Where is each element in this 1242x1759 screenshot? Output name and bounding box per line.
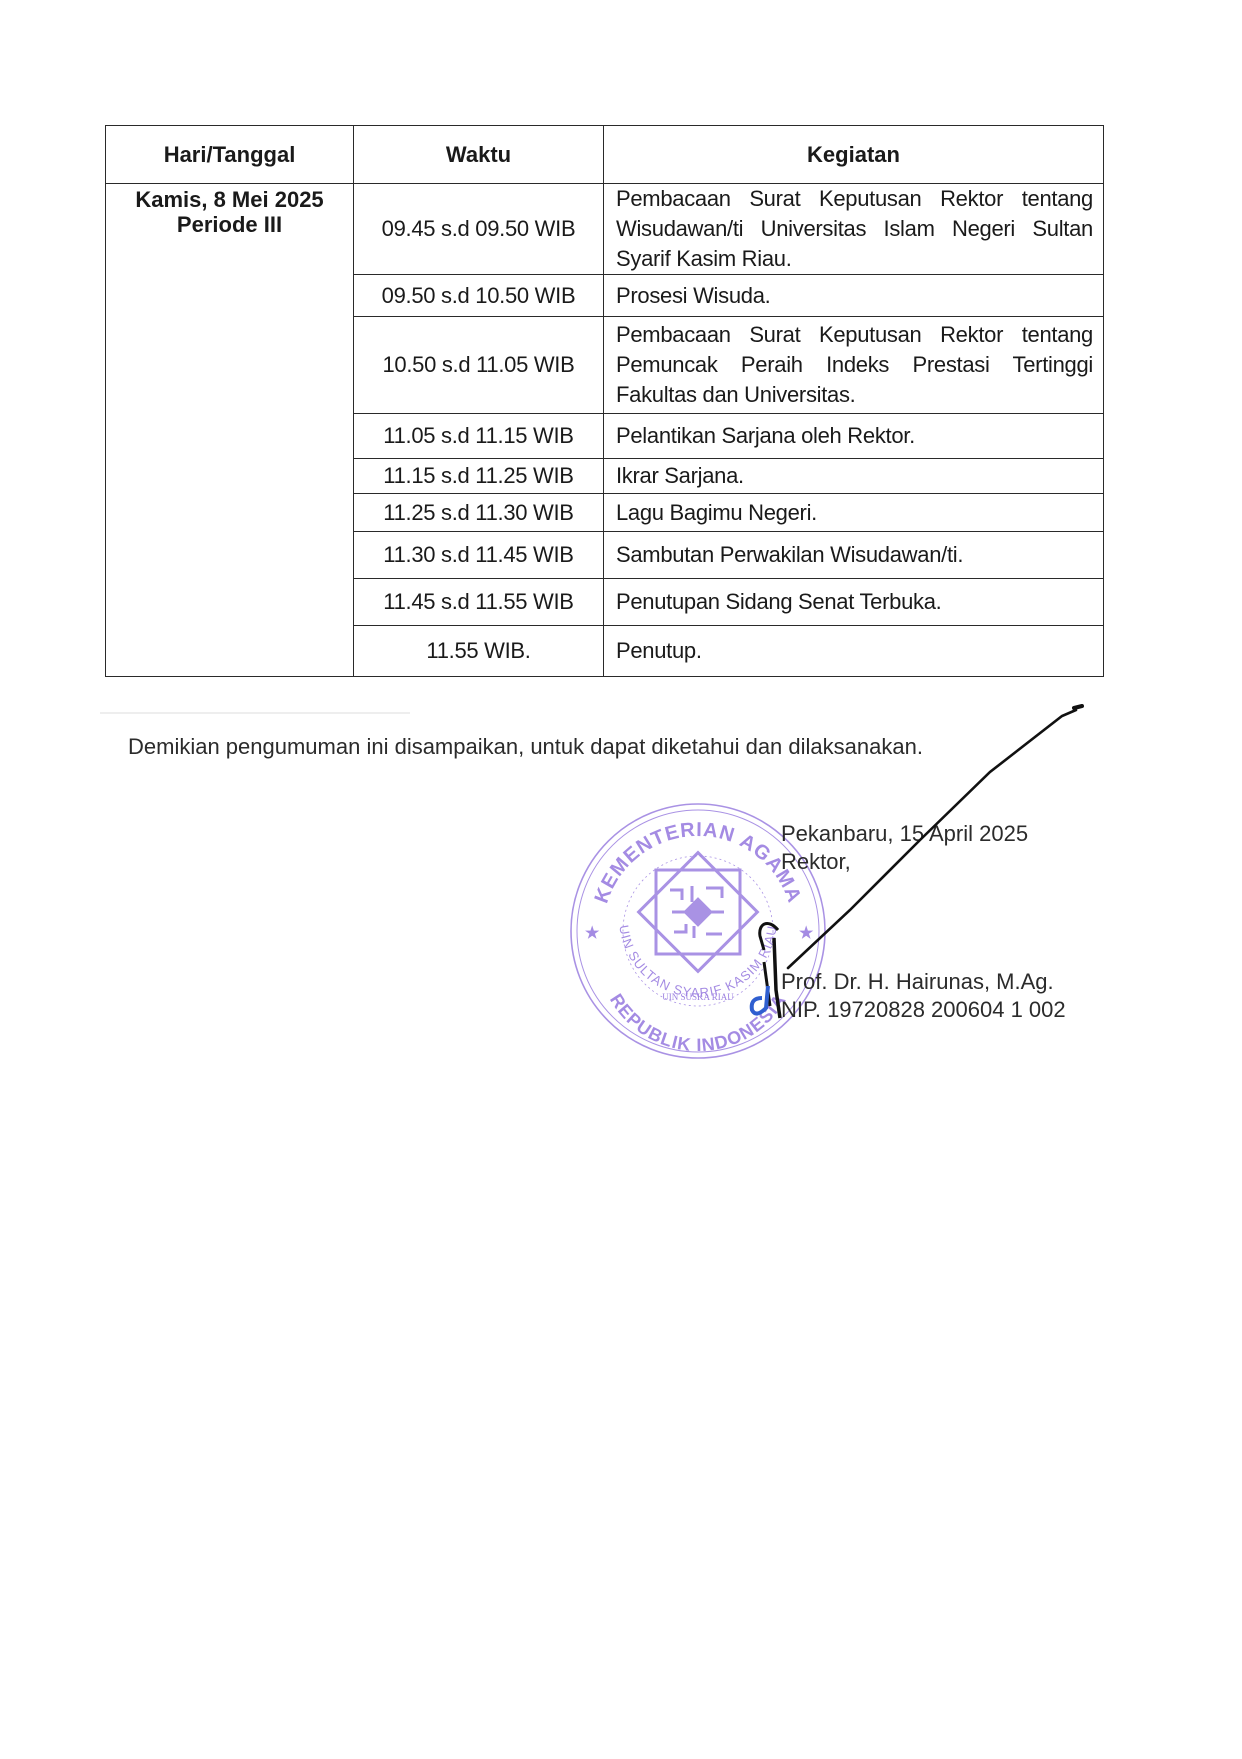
time-cell: 11.05 s.d 11.15 WIB [354,414,604,459]
schedule-table: Hari/Tanggal Waktu Kegiatan Kamis, 8 Mei… [105,125,1104,677]
activity-cell: Pembacaan Surat Keputusan Rektor tentang… [604,317,1104,414]
activity-cell: Prosesi Wisuda. [604,275,1104,317]
time-cell: 11.15 s.d 11.25 WIB [354,459,604,494]
svg-text:★: ★ [585,925,600,942]
table-row: Kamis, 8 Mei 2025 Periode III 09.45 s.d … [106,184,1104,275]
activity-cell: Sambutan Perwakilan Wisudawan/ti. [604,532,1104,579]
signatory-nip: NIP. 19720828 200604 1 002 [781,996,1066,1024]
svg-text:UIN SUSKA RIAU: UIN SUSKA RIAU [662,992,734,1002]
activity-cell: Pelantikan Sarjana oleh Rektor. [604,414,1104,459]
svg-text:★: ★ [799,925,814,942]
header-activity: Kegiatan [604,126,1104,184]
day-cell: Kamis, 8 Mei 2025 Periode III [106,184,354,677]
svg-text:KEMENTERIAN AGAMA: KEMENTERIAN AGAMA [591,819,806,906]
time-cell: 11.25 s.d 11.30 WIB [354,494,604,532]
signature-block: Pekanbaru, 15 April 2025 Rektor, Prof. D… [781,820,1028,876]
time-cell: 11.55 WIB. [354,626,604,677]
time-cell: 10.50 s.d 11.05 WIB [354,317,604,414]
activity-cell: Lagu Bagimu Negeri. [604,494,1104,532]
activity-cell: Penutup. [604,626,1104,677]
table-header-row: Hari/Tanggal Waktu Kegiatan [106,126,1104,184]
faint-divider [100,712,410,714]
day-period: Periode III [106,212,353,237]
day-date: Kamis, 8 Mei 2025 [106,187,353,212]
signatory-name: Prof. Dr. H. Hairunas, M.Ag. [781,968,1054,996]
signatory-title: Rektor, [781,848,1028,876]
svg-text:UIN SULTAN SYARIF KASIM RIAU: UIN SULTAN SYARIF KASIM RIAU [616,924,779,1000]
time-cell: 09.50 s.d 10.50 WIB [354,275,604,317]
time-cell: 11.30 s.d 11.45 WIB [354,532,604,579]
place-date: Pekanbaru, 15 April 2025 [781,820,1028,848]
activity-cell: Pembacaan Surat Keputusan Rektor tentang… [604,184,1104,275]
time-cell: 09.45 s.d 09.50 WIB [354,184,604,275]
header-time: Waktu [354,126,604,184]
header-day: Hari/Tanggal [106,126,354,184]
closing-statement: Demikian pengumuman ini disampaikan, unt… [128,734,923,760]
time-cell: 11.45 s.d 11.55 WIB [354,579,604,626]
activity-cell: Penutupan Sidang Senat Terbuka. [604,579,1104,626]
activity-cell: Ikrar Sarjana. [604,459,1104,494]
